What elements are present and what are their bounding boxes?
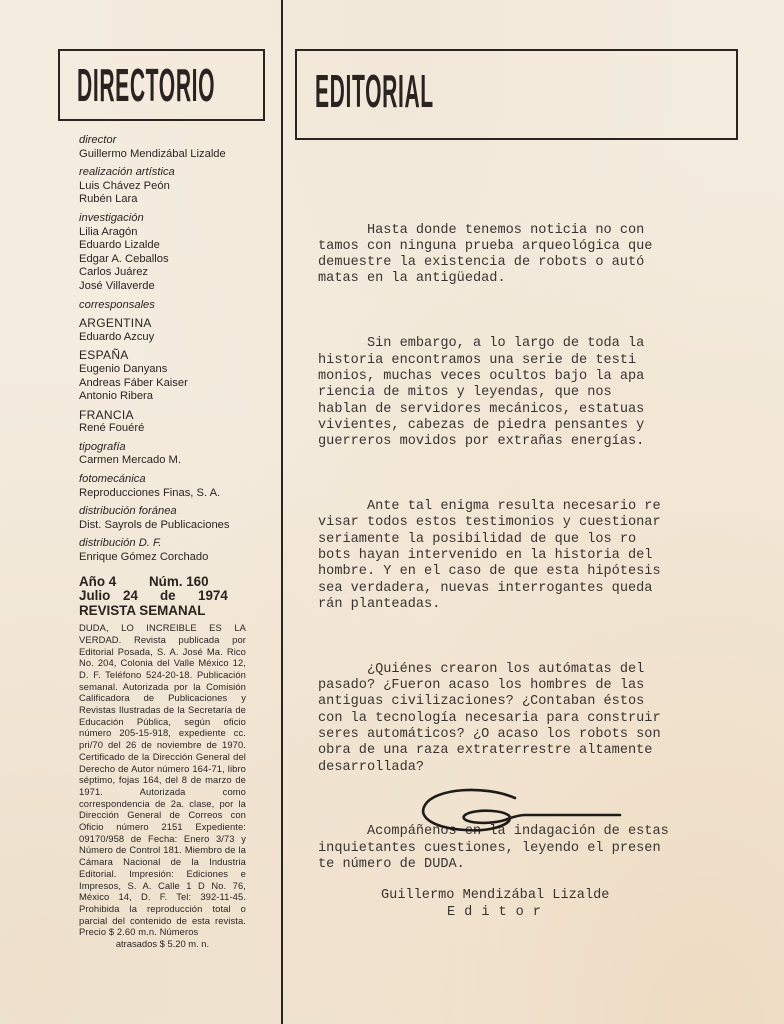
issue-year-full: 1974 <box>198 589 228 604</box>
issue-month: Julio <box>79 589 123 604</box>
country-label: FRANCIA <box>79 409 269 423</box>
signer-name: Guillermo Mendizábal Lizalde <box>381 888 681 904</box>
credits-column: director Guillermo Mendizábal Lizalde re… <box>79 134 269 950</box>
credit-name: Carmen Mercado M. <box>79 454 269 468</box>
credit-name: René Fouéré <box>79 422 269 436</box>
issue-year: Año 4 <box>79 575 149 590</box>
credit-name: Dist. Sayrols de Publicaciones <box>79 519 269 533</box>
editorial-header-box: EDITORIAL <box>295 49 738 140</box>
role-label: realización artística <box>79 166 269 180</box>
role-label: corresponsales <box>79 299 269 313</box>
credit-name: Edgar A. Ceballos <box>79 253 269 267</box>
credit-name: Luis Chávez Peón <box>79 180 269 194</box>
editorial-paragraph: Ante tal enigma resulta necesario re vis… <box>318 499 738 613</box>
legal-notice: DUDA, LO INCREIBLE ES LA VERDAD. Revista… <box>79 622 246 938</box>
credit-name: Andreas Fáber Kaiser <box>79 377 269 391</box>
column-divider <box>281 0 283 1024</box>
credit-name: Eduardo Azcuy <box>79 331 269 345</box>
credit-name: Lilia Aragón <box>79 226 269 240</box>
credit-name: Enrique Gómez Corchado <box>79 551 269 565</box>
issue-number: Núm. 160 <box>149 575 209 590</box>
country-label: ESPAÑA <box>79 349 269 363</box>
issue-info: Año 4 Núm. 160 Julio 24 de 1974 REVISTA … <box>79 575 269 619</box>
issue-frequency: REVISTA SEMANAL <box>79 604 269 619</box>
country-label: ARGENTINA <box>79 317 269 331</box>
credit-name: Rubén Lara <box>79 193 269 207</box>
role-label: investigación <box>79 212 269 226</box>
issue-de: de <box>160 589 198 604</box>
role-label: director <box>79 134 269 148</box>
credit-name: Guillermo Mendizábal Lizalde <box>79 148 269 162</box>
role-label: tipografía <box>79 441 269 455</box>
role-label: fotomecánica <box>79 473 269 487</box>
editorial-title: EDITORIAL <box>315 69 434 115</box>
legal-notice-last-line: atrasados $ 5.20 m. n. <box>79 938 246 950</box>
editorial-paragraph: Hasta donde tenemos noticia no con tamos… <box>318 223 738 288</box>
role-label: distribución foránea <box>79 505 269 519</box>
credit-group-director: director Guillermo Mendizábal Lizalde <box>79 134 269 161</box>
signer-title: Editor <box>447 905 550 921</box>
signature-icon <box>415 780 635 840</box>
credit-name: Carlos Juárez <box>79 266 269 280</box>
issue-day: 24 <box>123 589 160 604</box>
editorial-paragraph: ¿Quiénes crearon los autómatas del pasad… <box>318 662 738 776</box>
credit-name: Eugenio Danyans <box>79 363 269 377</box>
editorial-paragraph: Sin embargo, a lo largo de toda la histo… <box>318 336 738 450</box>
credit-name: Reproducciones Finas, S. A. <box>79 487 269 501</box>
directorio-title: DIRECTORIO <box>77 63 215 109</box>
role-label: distribución D. F. <box>79 537 269 551</box>
credit-name: Eduardo Lizalde <box>79 239 269 253</box>
credit-name: Antonio Ribera <box>79 390 269 404</box>
directorio-header-box: DIRECTORIO <box>58 49 265 121</box>
credit-name: José Villaverde <box>79 280 269 294</box>
